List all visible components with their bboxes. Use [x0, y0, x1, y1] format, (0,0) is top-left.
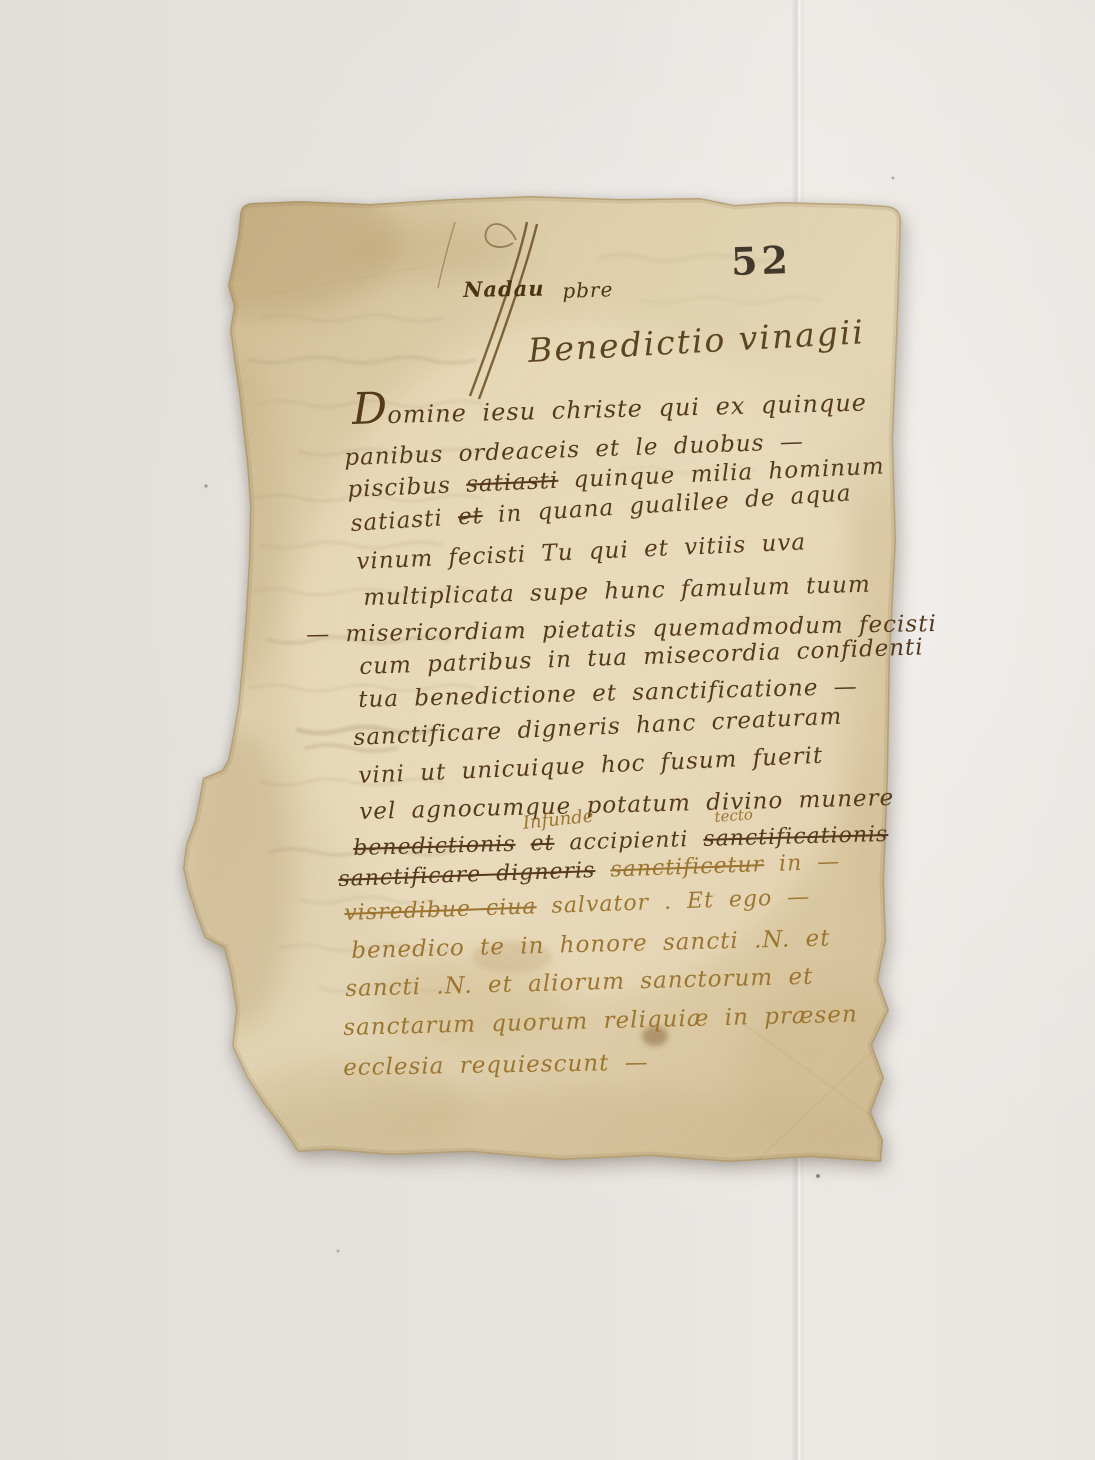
struck-text: visredibue ciua	[344, 894, 537, 926]
initial-capital: D	[351, 383, 387, 435]
text-segment: sancti .N. et aliorum sanctorum et	[345, 964, 814, 1002]
text-segment: vini ut unicuique hoc fusum fuerit	[358, 743, 824, 789]
manuscript-line: sanctarum quorum reliquiæ in præsen	[343, 1004, 858, 1040]
manuscript-line: visredibue ciua salvator . Et ego —	[344, 887, 811, 925]
manuscript-line: vel agnocumque potatum divino munere	[359, 787, 895, 824]
manuscript-line: vinum fecisti Tu qui et vitiis uva	[356, 531, 807, 574]
document-title: Benedictio vinagii	[527, 312, 866, 370]
struck-text: satiasti	[466, 468, 559, 498]
manuscript-line: benedico te in honore sancti .N. et	[351, 927, 831, 963]
interlinear-insertion: tecto	[714, 807, 753, 825]
manuscript-line: vini ut unicuique hoc fusum fuerit	[358, 745, 824, 788]
text-segment: piscibus	[347, 472, 467, 503]
struck-text: sanctificare digneris	[338, 858, 596, 892]
header-annotation-name: Nadau	[463, 278, 545, 300]
text-segment: multiplicata supe hunc famulum tuum	[363, 572, 871, 611]
manuscript-text-layer: Nadau pbre 52 Benedictio vinagii Domine …	[0, 0, 1095, 1460]
photo-backdrop: Nadau pbre 52 Benedictio vinagii Domine …	[0, 0, 1095, 1460]
text-segment: in —	[764, 849, 841, 877]
struck-text: sanctificationis	[703, 822, 889, 852]
text-segment	[515, 831, 531, 856]
page-number: 52	[730, 237, 792, 284]
text-segment: satiasti	[350, 504, 459, 537]
text-segment: sanctarum quorum reliquiæ in præsen	[343, 1002, 858, 1041]
struck-text: et	[457, 503, 483, 530]
manuscript-line: multiplicata supe hunc famulum tuum	[363, 574, 871, 610]
text-segment: accipienti	[554, 827, 704, 856]
text-segment: ecclesia requiescunt —	[343, 1050, 649, 1081]
text-segment: salvator . Et ego —	[536, 885, 811, 920]
text-segment: benedico te in honore sancti .N. et	[351, 925, 831, 964]
manuscript-line: sanctificare digneris hanc creaturam	[353, 706, 843, 750]
struck-text: sanctificetur	[610, 852, 765, 882]
manuscript-line: Domine iesu christe qui ex quinque	[352, 391, 867, 428]
text-segment: omine iesu christe qui ex quinque	[387, 389, 867, 430]
header-annotation-title: pbre	[562, 279, 614, 301]
text-segment: vinum fecisti Tu qui et vitiis uva	[356, 529, 807, 575]
text-segment: vel agnocumque potatum divino munere	[359, 785, 895, 825]
manuscript-line: sancti .N. et aliorum sanctorum et	[345, 966, 814, 1001]
manuscript-line: ecclesia requiescunt —	[343, 1052, 649, 1080]
struck-text: et	[530, 831, 555, 857]
struck-text: benedictionis	[353, 832, 516, 861]
text-segment	[595, 858, 611, 884]
